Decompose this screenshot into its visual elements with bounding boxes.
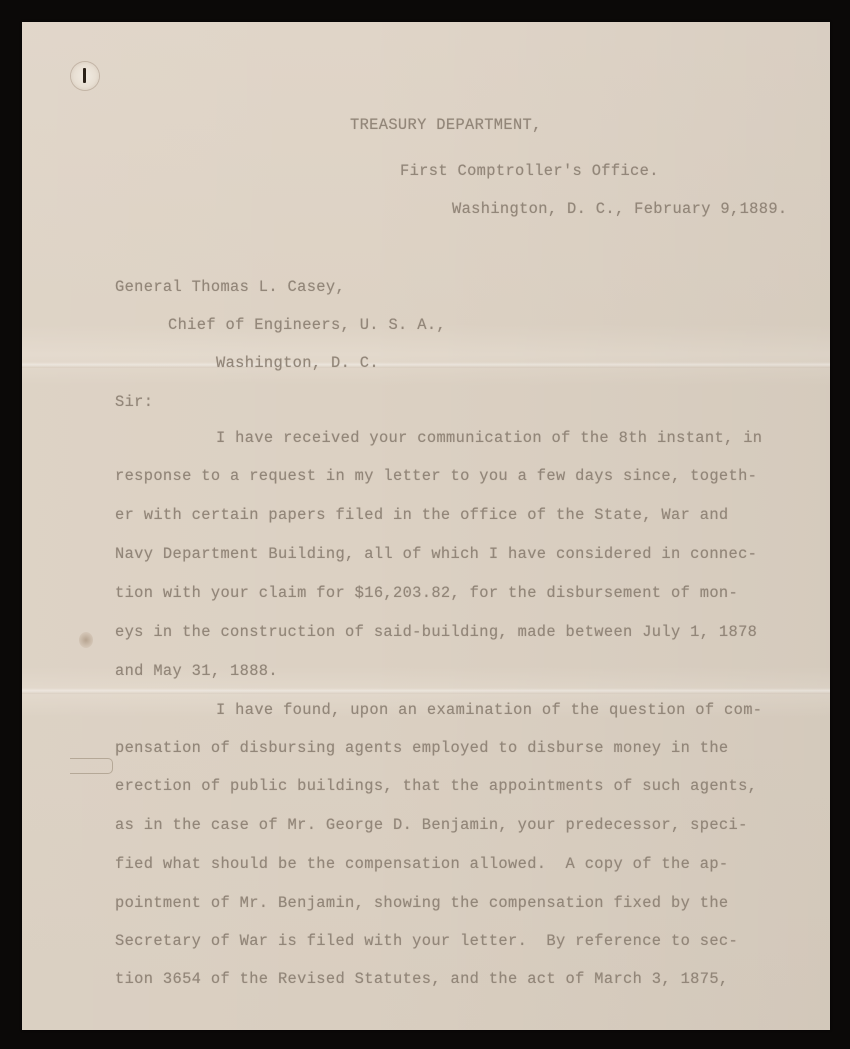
body-line: pensation of disbursing agents employed …: [115, 741, 729, 756]
letterhead-department: TREASURY DEPARTMENT,: [350, 118, 542, 133]
paperclip-mark: [70, 758, 113, 774]
scan-background: TREASURY DEPARTMENT, First Comptroller's…: [0, 0, 850, 1049]
letterhead-office: First Comptroller's Office.: [400, 164, 659, 179]
body-line: and May 31, 1888.: [115, 664, 278, 679]
body-line: I have received your communication of th…: [216, 431, 762, 446]
body-line: tion with your claim for $16,203.82, for…: [115, 586, 738, 601]
addressee-name: General Thomas L. Casey,: [115, 280, 345, 295]
body-line: as in the case of Mr. George D. Benjamin…: [115, 818, 748, 833]
body-line: er with certain papers filed in the offi…: [115, 508, 729, 523]
body-line: tion 3654 of the Revised Statutes, and t…: [115, 972, 729, 987]
body-line: Navy Department Building, all of which I…: [115, 547, 757, 562]
page-number-stamp-icon: [71, 62, 99, 90]
letterhead-place-date: Washington, D. C., February 9,1889.: [452, 202, 788, 217]
body-line: pointment of Mr. Benjamin, showing the c…: [115, 896, 729, 911]
paper-fold-lower: [22, 688, 830, 694]
letter-page: TREASURY DEPARTMENT, First Comptroller's…: [22, 22, 830, 1030]
addressee-city: Washington, D. C.: [216, 356, 379, 371]
body-line: eys in the construction of said-building…: [115, 625, 757, 640]
paper-fold-upper: [22, 362, 830, 368]
body-line: Secretary of War is filed with your lett…: [115, 934, 738, 949]
body-line: erection of public buildings, that the a…: [115, 779, 757, 794]
salutation: Sir:: [115, 395, 153, 410]
ink-stain: [79, 632, 93, 648]
body-line: fied what should be the compensation all…: [115, 857, 729, 872]
body-line: response to a request in my letter to yo…: [115, 469, 757, 484]
addressee-title: Chief of Engineers, U. S. A.,: [168, 318, 446, 333]
body-line: I have found, upon an examination of the…: [216, 703, 762, 718]
